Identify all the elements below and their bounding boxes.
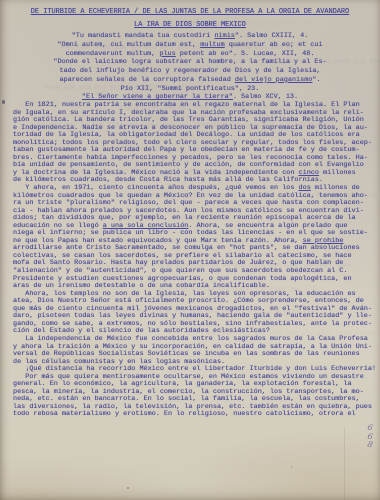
ink-speck [291,466,292,468]
epigraph-line: "Tu mandasti mandata tua custodiri nimis… [0,32,380,41]
body-line: todo rebosa materialismo y erotismo. En … [13,411,380,419]
epigraph-line: "Omni autem, cui multum datum est, multu… [0,41,380,50]
document-text: DE ITURBIDE A ECHEVERRIA / DE LAS JUNTAS… [0,6,380,419]
title-line: LA IRA DE DIOS SOBRE MEXICO [0,19,380,32]
epigraph-line: aparecen señales de la corruptora falsed… [0,76,380,85]
ink-speck [2,100,5,104]
paper-crease [344,428,345,500]
handwritten-marginalia: 6 6 8 [363,424,377,450]
title-line: DE ITURBIDE A ECHEVERRIA / DE LAS JUNTAS… [0,6,380,19]
epigraph-line: Pío XII, "Summi pontificatus", 23. [0,85,380,94]
epigraph-line: "Donde el laicismo logra substraer al ho… [0,58,380,67]
ink-speck [127,487,129,489]
epigraph-line: tado del influjo benéfico y regenerador … [0,67,380,76]
epigraph-line: commendaverunt multum, plus petent ab eo… [0,50,380,59]
